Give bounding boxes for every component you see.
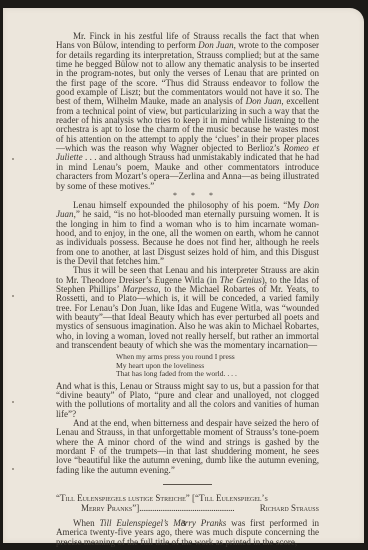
program-title-line1: “Till Eulenspiegels lustige Streiche” [“… [56, 493, 319, 503]
italic-title: Don Juan [246, 96, 282, 106]
program-title-subtitle: Merry Pranks”] [81, 503, 139, 513]
verse-line: That has long faded from the world. . . … [116, 370, 319, 378]
program-title-line2: Merry Pranks”] Richard Strauss [56, 503, 319, 513]
margin-mark [12, 295, 14, 297]
margin-mark [12, 158, 14, 160]
paragraph-finck: Mr. Finck in his zestful life of Strauss… [56, 32, 319, 191]
program-composer: Richard Strauss [260, 503, 319, 513]
section-divider [163, 484, 212, 485]
verse-quote: When my arms press you round I press My … [116, 353, 319, 378]
text-column: Mr. Finck in his zestful life of Strauss… [56, 32, 319, 547]
leader-dots [139, 503, 259, 513]
italic-title: Don Juan [56, 200, 319, 219]
paragraph-family-tree: Thus it will be seen that Lenau and his … [56, 266, 319, 350]
page-number: 3 [3, 518, 364, 528]
italic-title: Marpessa [123, 284, 159, 294]
paragraph-divine-beauty: And what is this, Lenau or Strauss might… [56, 382, 319, 419]
italic-title: The Genius [220, 275, 262, 285]
paragraph-ending: And at the end, when bitterness and desp… [56, 419, 319, 475]
margin-mark [12, 468, 14, 470]
margin-mark [12, 401, 14, 403]
italic-title: Romeo et Juliette [56, 143, 319, 162]
paragraph-lenau-philosophy: Lenau himself expounded the philosophy o… [56, 201, 319, 266]
document-page: Mr. Finck in his zestful life of Strauss… [3, 8, 364, 543]
italic-title: Don Juan [198, 40, 233, 50]
